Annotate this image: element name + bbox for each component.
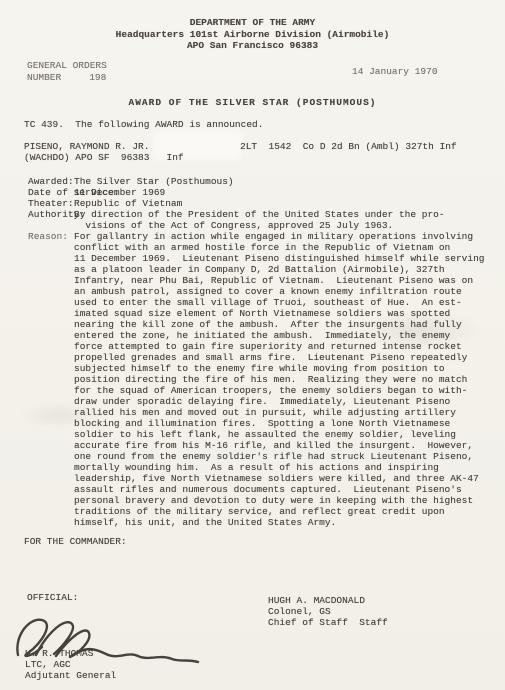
awarded-value: The Silver Star (Posthumous) — [74, 176, 234, 187]
apo-line: APO San Francisco 96383 — [0, 40, 505, 52]
official-name: H. R. THOMAS — [25, 648, 116, 659]
general-orders-label: GENERAL ORDERS — [27, 60, 107, 72]
recipient-unit: 2LT 1542 Co D 2d Bn (Ambl) 327th Inf — [240, 141, 457, 152]
order-number-label: NUMBER — [27, 72, 61, 83]
reason-row: Reason: For gallantry in action while en… — [28, 231, 490, 528]
authority-label: Authority: — [28, 209, 85, 220]
official-label: OFFICIAL: — [27, 592, 78, 603]
approving-officer-block: HUGH A. MACDONALD Colonel, GS Chief of S… — [268, 595, 388, 628]
announcement-line: TC 439. The following AWARD is announced… — [24, 119, 263, 130]
award-details: Awarded: The Silver Star (Posthumous) Da… — [28, 176, 490, 528]
order-number-value: 198 — [89, 72, 106, 83]
recipient-name: PISENO, RAYMOND R. JR. — [24, 141, 149, 152]
reason-value: For gallantry in action while engaged in… — [74, 231, 490, 528]
authority-value: By direction of the President of the Uni… — [74, 209, 490, 231]
approving-officer-rank: Colonel, GS — [268, 606, 388, 617]
date-of-service-label: Date of service: — [28, 187, 119, 198]
department-line: DEPARTMENT OF THE ARMY — [0, 17, 505, 29]
recipient-address: (WACHDO) APO SF 96383 Inf — [24, 152, 184, 163]
headquarters-line: Headquarters 101st Airborne Division (Ai… — [0, 29, 505, 41]
for-the-commander-line: FOR THE COMMANDER: — [24, 536, 127, 547]
theater-value: Republic of Vietnam — [74, 198, 182, 209]
authority-row: Authority: By direction of the President… — [28, 209, 490, 231]
document-page: DEPARTMENT OF THE ARMY Headquarters 101s… — [0, 0, 505, 690]
approving-officer-name: HUGH A. MACDONALD — [268, 595, 388, 606]
letterhead: DEPARTMENT OF THE ARMY Headquarters 101s… — [0, 17, 505, 52]
date-of-service-row: Date of service: 11 December 1969 — [28, 187, 490, 198]
official-signature-block: H. R. THOMAS LTC, AGC Adjutant General — [25, 648, 116, 681]
theater-row: Theater: Republic of Vietnam — [28, 198, 490, 209]
approving-officer-title: Chief of Staff Staff — [268, 617, 388, 628]
orders-block: GENERAL ORDERS NUMBER198 — [27, 60, 107, 83]
awarded-row: Awarded: The Silver Star (Posthumous) — [28, 176, 490, 187]
reason-label: Reason: — [28, 231, 68, 242]
theater-label: Theater: — [28, 198, 74, 209]
awarded-label: Awarded: — [28, 176, 74, 187]
official-rank: LTC, AGC — [25, 659, 116, 670]
order-date: 14 January 1970 — [352, 66, 438, 77]
page-title: AWARD OF THE SILVER STAR (POSTHUMOUS) — [0, 97, 505, 108]
official-title: Adjutant General — [25, 670, 116, 681]
